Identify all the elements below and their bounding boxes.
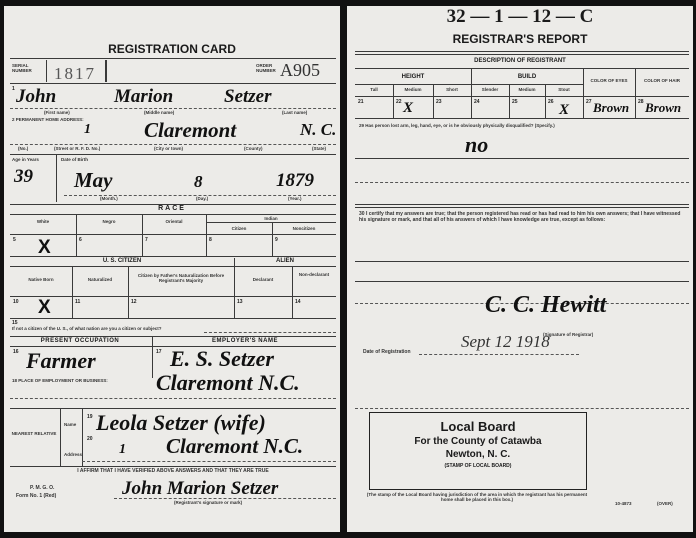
race-col-negro: Negro [76,219,142,224]
native-born-mark: X [38,297,51,319]
field-number: 7 [145,237,148,243]
address-street: 1 [84,122,91,138]
age-label: Age in Years [12,157,52,162]
address-sub-label: (State) [312,146,326,151]
field-number: 22 [396,99,402,105]
report-code: 32 — 1 — 12 — C [347,6,693,28]
question-29: 29 Has person lost arm, leg, hand, eye, … [359,123,689,128]
relative-name: Leola Setzer (wife) [96,410,266,436]
stamp-note: (The stamp of the Local Board having jur… [363,492,591,502]
field-number: 21 [358,99,364,105]
local-board-stamp: Local Board For the County of Catawba Ne… [369,412,587,490]
relative-address-label: Address [64,452,82,457]
registration-date: Sept 12 1918 [461,332,550,352]
order-number: A905 [280,60,320,81]
height-col-short: Short [433,87,471,92]
address-sub-label: (No.) [18,146,28,151]
field-number: 27 [586,99,592,105]
address-city: Claremont [144,118,236,143]
cit-col-naturalized: Naturalized [72,277,128,282]
race-col-noncitizen: Noncitizen [272,226,336,231]
build-stout-mark: X [559,102,569,119]
field-number: 28 [638,99,644,105]
relative-name-label: Name [64,422,76,427]
birth-month: May [74,168,113,193]
height-col-tall: Tall [355,87,393,92]
stamp-line-4: (STAMP OF LOCAL BOARD) [370,463,586,469]
dob-sub-label: (Year.) [288,196,302,201]
order-label: ORDER NUMBER [256,63,282,73]
race-title: RACE [4,205,340,212]
affirmation-text: I AFFIRM THAT I HAVE VERIFIED ABOVE ANSW… [10,469,336,474]
birth-day: 8 [194,172,203,192]
registrar-sign-label: (Signature of Registrar) [543,332,593,337]
build-col-slender: Slender [471,87,509,92]
birth-year: 1879 [276,170,314,192]
print-code: 10-4873 [615,501,632,506]
relative-street: 1 [119,442,126,458]
address-sub-label: (City or town) [154,146,183,151]
cit-col-father: Citizen by Father's Naturalization Befor… [128,273,234,283]
last-name-label: (Last name) [282,110,307,115]
address-label: 2 PERMANENT HOME ADDRESS: [12,117,84,122]
build-col-stout: Stout [545,87,583,92]
stamp-line-1: Local Board [370,419,586,434]
field-number: 25 [512,99,518,105]
us-citizen-title: U. S. CITIZEN [10,258,234,264]
field-number: 23 [436,99,442,105]
report-title: REGISTRAR'S REPORT [347,32,693,46]
form-code: P. M. G. O. [30,486,54,491]
cit-col-declarant: Declarant [234,277,292,282]
alien-title: ALIEN [234,258,336,264]
occupation-title: PRESENT OCCUPATION [10,338,150,344]
occupation-value: Farmer [26,348,96,374]
first-name-label: (First name) [44,110,70,115]
field-number: 20 [87,436,93,442]
build-title: BUILD [471,74,583,80]
hair-color: Brown [645,100,681,116]
field-number: 24 [474,99,480,105]
middle-name-label: (Middle name) [144,110,174,115]
stamp-line-3: Newton, N. C. [370,449,586,460]
question-30: 30 I certify that my answers are true; t… [359,211,689,223]
relative-city: Claremont N.C. [166,434,303,459]
employment-place-label: 18 PLACE OF EMPLOYMENT OR BUSINESS: [12,378,108,383]
race-col-white: White [10,219,76,224]
question-15: If not a citizen of the U. S., of what n… [12,326,162,331]
field-number: 16 [13,349,19,355]
field-number: 17 [156,349,162,355]
registrar-signature: C. C. Hewitt [485,292,606,319]
serial-label: SERIAL NUMBER [12,63,42,73]
description-title: DESCRIPTION OF REGISTRANT [347,58,693,64]
date-label: Date of Registration [363,350,411,355]
address-sub-label: (Street or R. F. D. No.) [54,146,100,151]
field-number: 14 [295,299,301,305]
middle-name: Marion [114,86,173,108]
dob-label: Date of Birth [61,157,88,162]
field-number: 19 [87,414,93,420]
field-number: 1 [12,86,15,92]
field-number: 10 [13,299,19,305]
height-col-medium: Medium [393,87,433,92]
employer-title: EMPLOYER'S NAME [154,338,336,344]
field-number: 26 [548,99,554,105]
registrars-report: 32 — 1 — 12 — C REGISTRAR'S REPORT DESCR… [347,6,693,532]
address-state: N. C. [300,120,336,140]
field-number: 5 [13,237,16,243]
cit-col-native: Native Born [10,277,72,282]
card-title: REGISTRATION CARD [4,42,340,56]
dob-sub-label: (Month.) [100,196,118,201]
field-number: 9 [275,237,278,243]
signature-label: (Registrant's signature or mark) [174,500,242,505]
build-col-medium: Medium [509,87,545,92]
cit-col-nondeclarant: Non-declarant [292,272,336,277]
field-number: 12 [131,299,137,305]
race-col-citizen: Citizen [206,226,272,231]
height-title: HEIGHT [355,74,471,80]
last-name: Setzer [224,86,272,108]
registrant-signature: John Marion Setzer [122,478,278,500]
employment-place-value: Claremont N.C. [156,370,300,396]
employer-value: E. S. Setzer [170,346,274,372]
serial-number: 1817 [54,64,96,84]
race-col-indian: Indian [206,216,336,221]
age-value: 39 [14,166,33,188]
over-label: (OVER) [657,501,673,506]
q29-answer: no [465,132,488,158]
eye-color: Brown [593,100,629,116]
eyes-title: COLOR OF EYES [583,78,635,83]
stamp-line-2: For the County of Catawba [370,436,586,447]
dob-sub-label: (Day.) [196,196,208,201]
first-name: John [16,86,56,108]
address-sub-label: (County) [244,146,263,151]
hair-title: COLOR OF HAIR [635,78,689,83]
registration-card: REGISTRATION CARD SERIAL NUMBER 1817 ORD… [4,6,340,532]
field-number: 13 [237,299,243,305]
height-medium-mark: X [403,100,413,117]
nearest-relative-label: NEAREST RELATIVE [10,431,58,436]
form-name: Form No. 1 (Red) [16,494,56,499]
field-number: 8 [209,237,212,243]
field-number: 6 [79,237,82,243]
race-col-oriental: Oriental [142,219,206,224]
field-number: 11 [75,299,80,305]
